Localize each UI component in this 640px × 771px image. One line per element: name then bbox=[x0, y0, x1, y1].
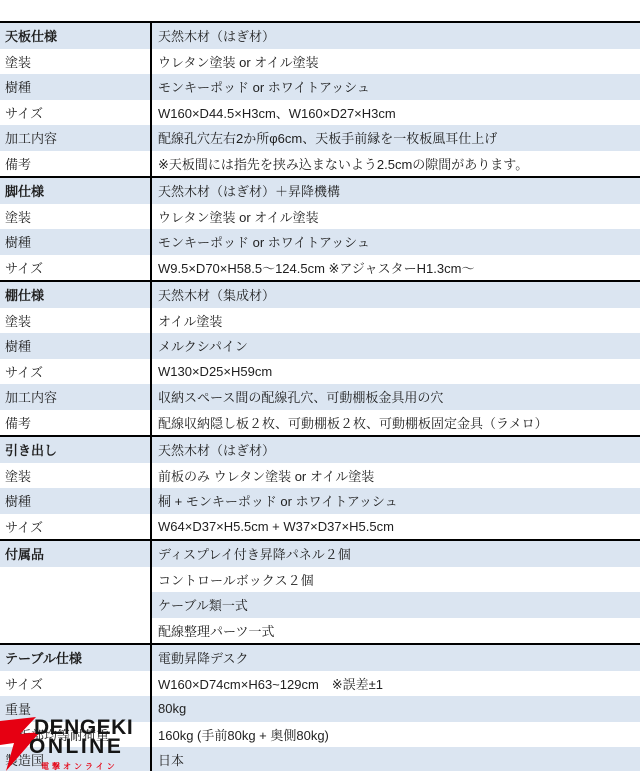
spec-value: W160×D44.5×H3cm、W160×D27×H3cm bbox=[150, 100, 640, 126]
spec-value: 天然木材（はぎ材） bbox=[150, 437, 640, 463]
table-row: サイズ W160×D44.5×H3cm、W160×D27×H3cm bbox=[0, 100, 640, 126]
table-row: コントロールボックス２個 bbox=[0, 567, 640, 593]
table-row: 天板部均等耐荷重 160kg (手前80kg + 奥側80kg) bbox=[0, 722, 640, 748]
table-row: サイズ W64×D37×H5.5cm + W37×D37×H5.5cm bbox=[0, 514, 640, 540]
spec-label: 塗装 bbox=[0, 49, 150, 75]
table-row: テーブル仕様 電動昇降デスク bbox=[0, 645, 640, 671]
spec-label: 棚仕様 bbox=[0, 282, 150, 308]
spec-label: 重量 bbox=[0, 696, 150, 722]
spec-label: 加工内容 bbox=[0, 125, 150, 151]
table-row: 塗装 前板のみ ウレタン塗装 or オイル塗装 bbox=[0, 463, 640, 489]
spec-value: モンキーポッド or ホワイトアッシュ bbox=[150, 229, 640, 255]
spec-label bbox=[0, 567, 150, 593]
spec-value: 配線整理パーツ一式 bbox=[150, 618, 640, 644]
spec-value: 天然木材（集成材） bbox=[150, 282, 640, 308]
spec-value: 80kg bbox=[150, 696, 640, 722]
table-row: 備考 ※天板間には指先を挟み込まないよう2.5cmの隙間があります。 bbox=[0, 151, 640, 177]
spec-label: 付属品 bbox=[0, 541, 150, 567]
table-row: 樹種 モンキーポッド or ホワイトアッシュ bbox=[0, 74, 640, 100]
spec-section-drawer: 引き出し 天然木材（はぎ材） 塗装 前板のみ ウレタン塗装 or オイル塗装 樹… bbox=[0, 437, 640, 541]
spec-label: 樹種 bbox=[0, 229, 150, 255]
spec-value: 日本 bbox=[150, 747, 640, 771]
spec-value: W130×D25×H59cm bbox=[150, 359, 640, 385]
spec-value: 160kg (手前80kg + 奥側80kg) bbox=[150, 722, 640, 748]
table-row: 塗装 オイル塗装 bbox=[0, 308, 640, 334]
spec-label: 製造国 bbox=[0, 747, 150, 771]
spec-label bbox=[0, 618, 150, 644]
spec-label: 天板仕様 bbox=[0, 23, 150, 49]
spec-label: 引き出し bbox=[0, 437, 150, 463]
spec-section-accessories: 付属品 ディスプレイ付き昇降パネル２個 コントロールボックス２個 ケーブル類一式… bbox=[0, 541, 640, 645]
spec-value: ウレタン塗装 or オイル塗装 bbox=[150, 204, 640, 230]
table-row: 配線整理パーツ一式 bbox=[0, 618, 640, 644]
spec-label: 塗装 bbox=[0, 204, 150, 230]
spec-label: サイズ bbox=[0, 255, 150, 281]
table-row: サイズ W130×D25×H59cm bbox=[0, 359, 640, 385]
spec-label: サイズ bbox=[0, 100, 150, 126]
spec-table: 天板仕様 天然木材（はぎ材） 塗装 ウレタン塗装 or オイル塗装 樹種 モンキ… bbox=[0, 21, 640, 771]
table-row: 樹種 桐 + モンキーポッド or ホワイトアッシュ bbox=[0, 488, 640, 514]
spec-section-top-board: 天板仕様 天然木材（はぎ材） 塗装 ウレタン塗装 or オイル塗装 樹種 モンキ… bbox=[0, 23, 640, 178]
table-row: 付属品 ディスプレイ付き昇降パネル２個 bbox=[0, 541, 640, 567]
spec-label: 塗装 bbox=[0, 463, 150, 489]
table-row: ケーブル類一式 bbox=[0, 592, 640, 618]
spec-label: 樹種 bbox=[0, 74, 150, 100]
spec-label: サイズ bbox=[0, 514, 150, 540]
table-row: サイズ W160×D74cm×H63~129cm ※誤差±1 bbox=[0, 671, 640, 697]
spec-value: ケーブル類一式 bbox=[150, 592, 640, 618]
spec-value: 天然木材（はぎ材）＋昇降機構 bbox=[150, 178, 640, 204]
table-row: 棚仕様 天然木材（集成材） bbox=[0, 282, 640, 308]
spec-section-table-overall: テーブル仕様 電動昇降デスク サイズ W160×D74cm×H63~129cm … bbox=[0, 645, 640, 771]
spec-value: コントロールボックス２個 bbox=[150, 567, 640, 593]
table-row: 重量 80kg bbox=[0, 696, 640, 722]
spec-label: 備考 bbox=[0, 151, 150, 177]
spec-label: 加工内容 bbox=[0, 384, 150, 410]
spec-value: 配線孔穴左右2か所φ6cm、天板手前縁を一枚板風耳仕上げ bbox=[150, 125, 640, 151]
spec-label: 樹種 bbox=[0, 333, 150, 359]
spec-value: 収納スペース間の配線孔穴、可動棚板金具用の穴 bbox=[150, 384, 640, 410]
spec-value: ディスプレイ付き昇降パネル２個 bbox=[150, 541, 640, 567]
table-row: 脚仕様 天然木材（はぎ材）＋昇降機構 bbox=[0, 178, 640, 204]
spec-label: テーブル仕様 bbox=[0, 645, 150, 671]
spec-value: 電動昇降デスク bbox=[150, 645, 640, 671]
table-row: 製造国 日本 bbox=[0, 747, 640, 771]
table-row: 塗装 ウレタン塗装 or オイル塗装 bbox=[0, 204, 640, 230]
spec-label: 樹種 bbox=[0, 488, 150, 514]
table-row: 樹種 モンキーポッド or ホワイトアッシュ bbox=[0, 229, 640, 255]
table-row: 樹種 メルクシパイン bbox=[0, 333, 640, 359]
spec-value: オイル塗装 bbox=[150, 308, 640, 334]
spec-value: ウレタン塗装 or オイル塗装 bbox=[150, 49, 640, 75]
spec-label: サイズ bbox=[0, 671, 150, 697]
table-row: 塗装 ウレタン塗装 or オイル塗装 bbox=[0, 49, 640, 75]
spec-sheet-page: 天板仕様 天然木材（はぎ材） 塗装 ウレタン塗装 or オイル塗装 樹種 モンキ… bbox=[0, 0, 640, 771]
table-row: 加工内容 収納スペース間の配線孔穴、可動棚板金具用の穴 bbox=[0, 384, 640, 410]
spec-value: メルクシパイン bbox=[150, 333, 640, 359]
spec-label bbox=[0, 592, 150, 618]
table-row: サイズ W9.5×D70×H58.5～124.5cm ※アジャスターH1.3cm… bbox=[0, 255, 640, 281]
spec-label: 塗装 bbox=[0, 308, 150, 334]
spec-value: 配線収納隠し板２枚、可動棚板２枚、可動棚板固定金具（ラメロ） bbox=[150, 410, 640, 436]
spec-label: 備考 bbox=[0, 410, 150, 436]
spec-label: 天板部均等耐荷重 bbox=[0, 722, 150, 748]
spec-value: W9.5×D70×H58.5～124.5cm ※アジャスターH1.3cm～ bbox=[150, 255, 640, 281]
table-row: 備考 配線収納隠し板２枚、可動棚板２枚、可動棚板固定金具（ラメロ） bbox=[0, 410, 640, 436]
spec-value: 天然木材（はぎ材） bbox=[150, 23, 640, 49]
spec-label: サイズ bbox=[0, 359, 150, 385]
spec-value: W160×D74cm×H63~129cm ※誤差±1 bbox=[150, 671, 640, 697]
spec-value: 前板のみ ウレタン塗装 or オイル塗装 bbox=[150, 463, 640, 489]
spec-section-legs: 脚仕様 天然木材（はぎ材）＋昇降機構 塗装 ウレタン塗装 or オイル塗装 樹種… bbox=[0, 178, 640, 282]
spec-value: 桐 + モンキーポッド or ホワイトアッシュ bbox=[150, 488, 640, 514]
spec-value: ※天板間には指先を挟み込まないよう2.5cmの隙間があります。 bbox=[150, 151, 640, 177]
table-row: 引き出し 天然木材（はぎ材） bbox=[0, 437, 640, 463]
table-row: 加工内容 配線孔穴左右2か所φ6cm、天板手前縁を一枚板風耳仕上げ bbox=[0, 125, 640, 151]
spec-value: W64×D37×H5.5cm + W37×D37×H5.5cm bbox=[150, 514, 640, 540]
spec-section-shelf: 棚仕様 天然木材（集成材） 塗装 オイル塗装 樹種 メルクシパイン サイズ W1… bbox=[0, 282, 640, 437]
spec-label: 脚仕様 bbox=[0, 178, 150, 204]
spec-value: モンキーポッド or ホワイトアッシュ bbox=[150, 74, 640, 100]
table-row: 天板仕様 天然木材（はぎ材） bbox=[0, 23, 640, 49]
